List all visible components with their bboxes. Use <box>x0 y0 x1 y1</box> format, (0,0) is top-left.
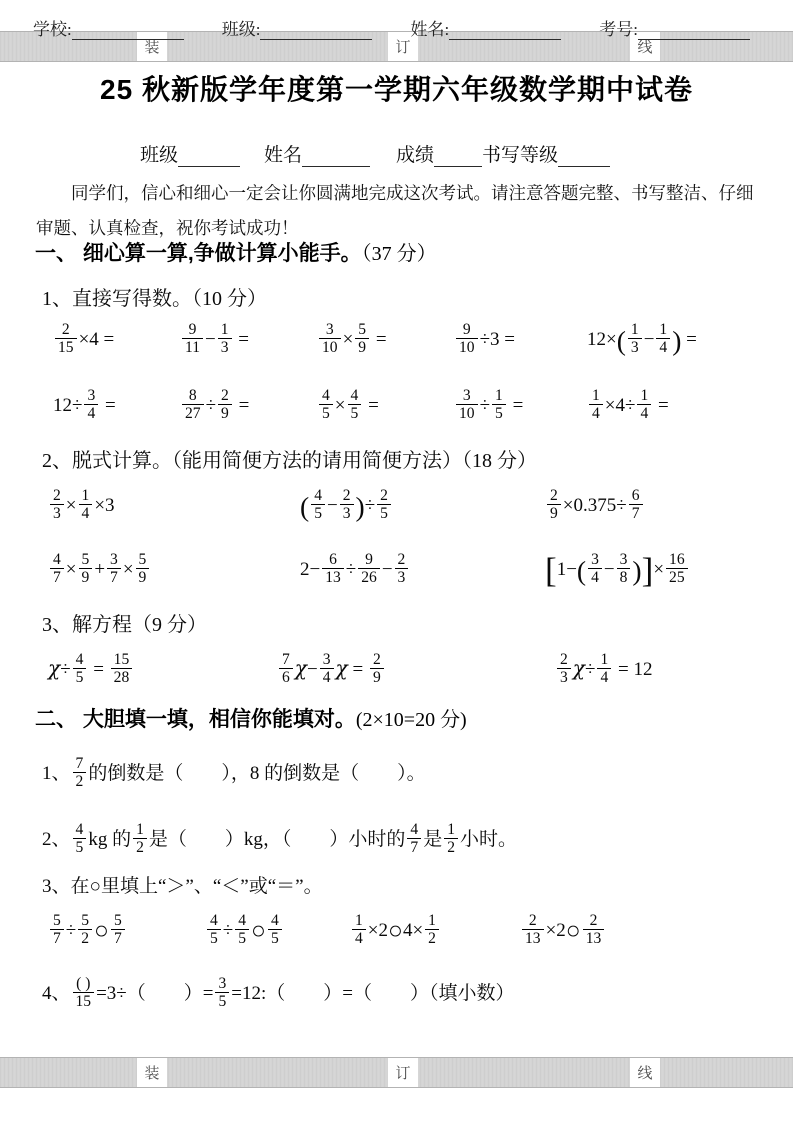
compare-circle: ○ <box>388 917 403 944</box>
blank-line <box>434 148 482 167</box>
fraction: 45 <box>73 821 87 857</box>
bracket: ) <box>632 555 641 586</box>
bracket: ) <box>356 491 365 522</box>
math-expression: 23×14×3 <box>48 480 300 532</box>
blank-line <box>260 23 372 40</box>
math-expression: 12×(13−14) = <box>587 316 773 364</box>
math-expression: χ÷45 = 1528 <box>48 642 277 696</box>
math-expression: 2−613÷926−23 <box>300 544 545 596</box>
section-two-heading-text: 二、 大胆填一填，相信你能填对。 <box>35 708 356 731</box>
compare-circle: ○ <box>566 917 581 944</box>
math-expression: 29×0.375÷67 <box>545 480 773 532</box>
fraction: 67 <box>629 487 643 523</box>
student-info-row: 班级姓名成绩书写等级 <box>140 140 610 167</box>
fraction: 14 <box>79 487 93 523</box>
fraction: 14 <box>656 321 670 357</box>
fraction: 827 <box>182 387 204 423</box>
variable-chi: χ <box>336 656 348 680</box>
class-field: 班级: <box>222 15 373 40</box>
fraction: 45 <box>235 912 249 948</box>
math-expression: 57÷52○57 <box>48 902 205 960</box>
blank-line <box>302 148 370 167</box>
direct-calc-title: 1、直接写得数。（10 分） <box>42 284 267 314</box>
fraction: 76 <box>279 651 293 687</box>
bracket: ( <box>300 491 309 522</box>
bracket: [ <box>545 551 557 590</box>
fraction: 15 <box>492 387 506 423</box>
fraction: 29 <box>547 487 561 523</box>
fraction: 213 <box>583 912 605 948</box>
stepwise-calc-title: 2、脱式计算。（能用简便方法的请用简便方法）（18 分） <box>42 446 537 476</box>
class-label: 班级: <box>222 20 261 39</box>
bracket: ] <box>642 551 654 590</box>
math-expression: 911−13 = <box>180 316 317 364</box>
math-expression: 12÷34 = <box>53 382 180 430</box>
school-field: 学校: <box>33 15 184 40</box>
info-class-label: 班级 <box>140 145 178 166</box>
binding-label-xian: 线 <box>630 1058 660 1087</box>
section-two-heading: 二、 大胆填一填，相信你能填对。(2×10=20 分) <box>35 704 467 736</box>
binding-strip-bottom: 装 订 线 <box>0 1057 793 1088</box>
math-expression: 215×4 = <box>53 316 180 364</box>
section-one-heading-text: 一、 细心算一算,争做计算小能手。 <box>35 242 362 265</box>
fraction: 14 <box>637 387 651 423</box>
comparison-grid: 57÷52○57 45÷45○45 14×2○4×12 213×2○213 <box>48 902 773 960</box>
math-expression: 213×2○213 <box>520 902 773 960</box>
binding-label-zhuang: 装 <box>137 1058 167 1087</box>
fill-question-2: 2、45kg 的12是（ ）kg，（ ）小时的47是12小时。 <box>42 812 517 868</box>
fraction: 52 <box>78 912 92 948</box>
exam-number-field: 考号: <box>599 15 750 40</box>
fraction: 37 <box>107 551 121 587</box>
section-one-heading: 一、 细心算一算,争做计算小能手。（37 分） <box>35 238 437 270</box>
blank-line <box>72 23 184 40</box>
fraction: 34 <box>84 387 98 423</box>
fill-question-1: 1、72的倒数是（ ），8 的倒数是（ ）。 <box>42 748 426 800</box>
exam-title: 25 秋新版学年度第一学期六年级数学期中试卷 <box>0 70 793 110</box>
name-label: 姓名: <box>411 20 450 39</box>
fraction: 59 <box>79 551 93 587</box>
section-two-score: (2×10=20 分) <box>356 709 467 731</box>
school-label: 学校: <box>33 20 72 39</box>
info-score-label: 成绩 <box>396 145 434 166</box>
variable-chi: χ <box>48 656 60 680</box>
fraction: 23 <box>395 551 409 587</box>
math-expression: 910÷3 = <box>454 316 587 364</box>
fraction: 1528 <box>111 651 133 687</box>
math-expression: [1−(34−38)]×1625 <box>545 544 773 596</box>
fraction: 34 <box>588 551 602 587</box>
bracket: ( <box>577 555 586 586</box>
fraction: 14 <box>597 651 611 687</box>
fraction: 47 <box>50 551 64 587</box>
fraction: 29 <box>218 387 232 423</box>
fraction: 14 <box>352 912 366 948</box>
variable-chi: χ <box>573 656 585 680</box>
bracket: ( <box>617 325 626 356</box>
fraction: 310 <box>456 387 478 423</box>
fraction: 13 <box>218 321 232 357</box>
math-expression: 76χ−34χ = 29 <box>277 642 555 696</box>
solve-equation-title: 3、解方程（9 分） <box>42 610 207 640</box>
fraction: 38 <box>617 551 631 587</box>
math-expression: 310÷15 = <box>454 382 587 430</box>
fraction: 910 <box>456 321 478 357</box>
fraction: 45 <box>73 651 87 687</box>
fraction: 215 <box>55 321 77 357</box>
math-expression: 23χ÷14 = 12 <box>555 642 773 696</box>
math-expression: 310×59 = <box>317 316 454 364</box>
fraction: 23 <box>50 487 64 523</box>
fraction: 25 <box>377 487 391 523</box>
direct-calc-grid: 215×4 = 911−13 = 310×59 = 910÷3 = 12×(13… <box>53 316 773 430</box>
bracket: ) <box>672 325 681 356</box>
fraction: 45 <box>319 387 333 423</box>
fraction: 310 <box>319 321 341 357</box>
fraction: 12 <box>444 821 458 857</box>
fraction: 23 <box>557 651 571 687</box>
intro-text: 同学们，信心和细心一定会让你圆满地完成这次考试。请注意答题完整、书写整洁、仔细审… <box>36 176 758 246</box>
math-expression: 45×45 = <box>317 382 454 430</box>
math-expression: (45−23)÷25 <box>300 480 545 532</box>
fraction: 1625 <box>666 551 688 587</box>
binding-label-ding: 订 <box>388 1058 418 1087</box>
fraction: ( )15 <box>73 975 95 1011</box>
fraction: 34 <box>320 651 334 687</box>
blank-line <box>449 23 561 40</box>
variable-chi: χ <box>295 656 307 680</box>
name-field: 姓名: <box>411 15 562 40</box>
fraction: 29 <box>370 651 384 687</box>
compare-circle: ○ <box>94 917 109 944</box>
section-one-score: （37 分） <box>362 243 437 265</box>
blank-line <box>558 148 610 167</box>
fill-question-4: 4、( )15=3÷（ ）=35=12:（ ）=（ ）（填小数） <box>42 966 514 1022</box>
info-handwriting-label: 书写等级 <box>482 145 558 166</box>
fraction: 72 <box>73 755 87 791</box>
fraction: 57 <box>50 912 64 948</box>
fraction: 45 <box>311 487 325 523</box>
header-fields-row: 学校: 班级: 姓名: 考号: <box>33 15 750 40</box>
fraction: 47 <box>407 821 421 857</box>
fraction: 12 <box>133 821 147 857</box>
fraction: 45 <box>268 912 282 948</box>
blank-line <box>178 148 240 167</box>
fraction: 14 <box>589 387 603 423</box>
math-expression: 14×2○4×12 <box>350 902 520 960</box>
math-expression: 827÷29 = <box>180 382 317 430</box>
fraction: 926 <box>358 551 380 587</box>
info-name-label: 姓名 <box>264 145 302 166</box>
fraction: 213 <box>522 912 544 948</box>
exam-paper-page: 学校: 班级: 姓名: 考号: 装 订 线 25 秋新版学年度第一学期六年级数学… <box>0 0 793 1122</box>
fill-question-3-title: 3、在○里填上“＞”、“＜”或“＝”。 <box>42 872 323 902</box>
fraction: 59 <box>136 551 150 587</box>
exam-number-label: 考号: <box>599 20 638 39</box>
fraction: 13 <box>628 321 642 357</box>
fraction: 23 <box>340 487 354 523</box>
blank-line <box>638 23 750 40</box>
math-expression: 14×4÷14 = <box>587 382 773 430</box>
fraction: 35 <box>215 975 229 1011</box>
fraction: 45 <box>348 387 362 423</box>
fraction: 57 <box>111 912 125 948</box>
math-expression: 45÷45○45 <box>205 902 350 960</box>
fraction: 911 <box>182 321 203 357</box>
fraction: 613 <box>322 551 344 587</box>
compare-circle: ○ <box>251 917 266 944</box>
fraction: 12 <box>425 912 439 948</box>
fraction: 45 <box>207 912 221 948</box>
fraction: 59 <box>355 321 369 357</box>
solve-equation-grid: χ÷45 = 1528 76χ−34χ = 29 23χ÷14 = 12 <box>48 642 773 696</box>
stepwise-calc-grid: 23×14×3 (45−23)÷25 29×0.375÷67 47×59+37×… <box>48 480 773 596</box>
math-expression: 47×59+37×59 <box>48 544 300 596</box>
